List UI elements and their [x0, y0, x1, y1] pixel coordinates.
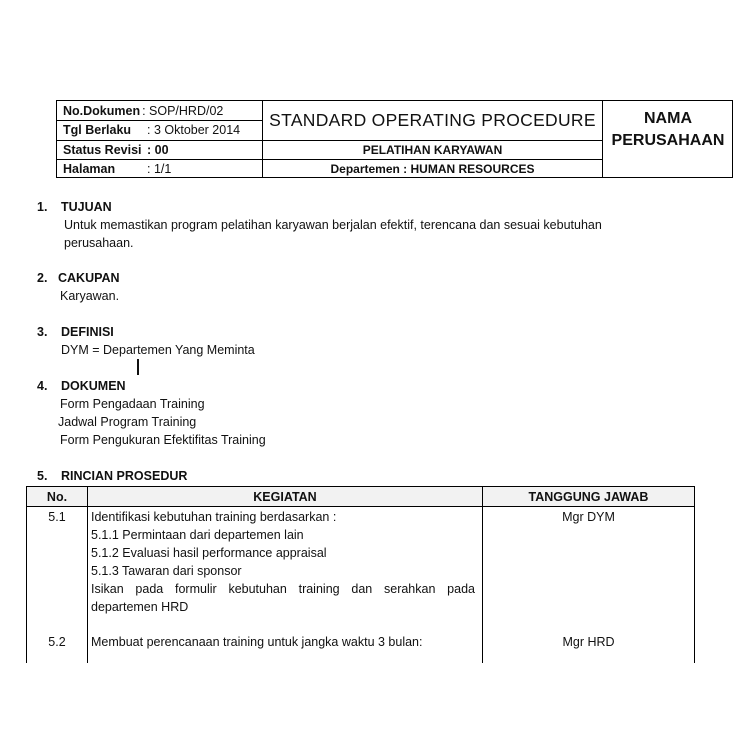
document-list-item: Jadwal Program Training	[58, 413, 266, 431]
page-label: Halaman	[63, 162, 147, 176]
company-name: NAMA PERUSAHAAN	[603, 101, 733, 159]
procedure-table: No. KEGIATAN TANGGUNG JAWAB 5.1 Identifi…	[26, 486, 695, 663]
section-text-line: Karyawan.	[60, 287, 120, 305]
section-title: TUJUAN	[61, 200, 112, 214]
page-value: : 1/1	[147, 162, 171, 176]
revision-field: Status Revisi : 00	[63, 140, 169, 159]
activity-paragraph: Isikan pada formulir kebutuhan training …	[91, 580, 475, 616]
section-title: DOKUMEN	[61, 379, 126, 393]
doc-number-value: : SOP/HRD/02	[142, 104, 223, 118]
effective-date-field: Tgl Berlaku : 3 Oktober 2014	[63, 120, 240, 140]
row-number: 5.2	[27, 633, 87, 651]
section-heading: 5.RINCIAN PROSEDUR	[37, 467, 187, 485]
row-activity: Membuat perencanaan training untuk jangk…	[91, 633, 475, 651]
doc-number-field: No.Dokumen : SOP/HRD/02	[63, 101, 223, 120]
activity-line: 5.1.1 Permintaan dari departemen lain	[91, 526, 475, 544]
section-text-line: perusahaan.	[64, 234, 602, 252]
column-header-no: No.	[27, 487, 87, 506]
section-title: CAKUPAN	[58, 271, 120, 285]
section-number: 3.	[37, 323, 61, 341]
page-field: Halaman : 1/1	[63, 159, 171, 178]
department-label: Departemen : HUMAN RESOURCES	[263, 159, 602, 178]
row-activity: Identifikasi kebutuhan training berdasar…	[91, 508, 475, 616]
section-definisi: 3.DEFINISI DYM = Departemen Yang Meminta	[37, 323, 255, 359]
row-responsible: Mgr DYM	[483, 508, 694, 526]
section-tujuan: 1.TUJUAN Untuk memastikan program pelati…	[37, 198, 602, 252]
activity-line: Membuat perencanaan training untuk jangk…	[91, 633, 475, 651]
section-number: 2.	[37, 269, 58, 287]
section-title: DEFINISI	[61, 325, 114, 339]
revision-value: : 00	[147, 143, 169, 157]
row-number: 5.1	[27, 508, 87, 526]
document-header-table: No.Dokumen : SOP/HRD/02 Tgl Berlaku : 3 …	[56, 100, 733, 178]
section-heading: 3.DEFINISI	[37, 323, 255, 341]
effective-date-value: : 3 Oktober 2014	[147, 123, 240, 137]
section-text-line: DYM = Departemen Yang Meminta	[61, 341, 255, 359]
section-cakupan: 2.CAKUPAN Karyawan.	[37, 269, 120, 305]
section-heading: 4.DOKUMEN	[37, 377, 266, 395]
section-number: 5.	[37, 467, 61, 485]
document-list-item: Form Pengukuran Efektifitas Training	[60, 431, 266, 449]
section-heading: 1.TUJUAN	[37, 198, 602, 216]
activity-line: 5.1.3 Tawaran dari sponsor	[91, 562, 475, 580]
revision-label: Status Revisi	[63, 143, 147, 157]
column-header-kegiatan: KEGIATAN	[88, 487, 482, 506]
document-page: No.Dokumen : SOP/HRD/02 Tgl Berlaku : 3 …	[0, 0, 745, 663]
section-text-line: Untuk memastikan program pelatihan karya…	[64, 216, 602, 234]
document-list-item: Form Pengadaan Training	[60, 395, 266, 413]
document-title: STANDARD OPERATING PROCEDURE	[263, 101, 602, 140]
section-number: 1.	[37, 198, 61, 216]
table-column-divider	[87, 487, 88, 663]
doc-number-label: No.Dokumen	[63, 104, 140, 118]
section-rincian-prosedur: 5.RINCIAN PROSEDUR	[37, 467, 187, 485]
section-number: 4.	[37, 377, 61, 395]
effective-date-label: Tgl Berlaku	[63, 123, 147, 137]
section-title: RINCIAN PROSEDUR	[61, 469, 187, 483]
column-header-tanggung-jawab: TANGGUNG JAWAB	[483, 487, 694, 506]
text-cursor	[137, 359, 139, 375]
activity-line: 5.1.2 Evaluasi hasil performance apprais…	[91, 544, 475, 562]
section-dokumen: 4.DOKUMEN Form Pengadaan Training Jadwal…	[37, 377, 266, 449]
section-heading: 2.CAKUPAN	[37, 269, 120, 287]
activity-line: Identifikasi kebutuhan training berdasar…	[91, 508, 475, 526]
row-responsible: Mgr HRD	[483, 633, 694, 651]
document-subtitle: PELATIHAN KARYAWAN	[263, 140, 602, 159]
